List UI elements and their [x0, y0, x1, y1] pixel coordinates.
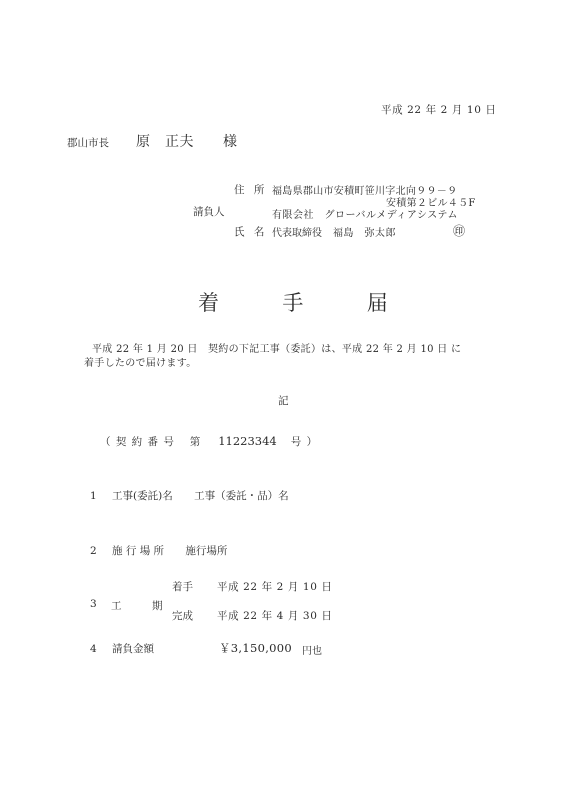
- address-label: 住 所: [234, 182, 267, 197]
- item-number: 1: [90, 490, 97, 502]
- item-number: 2: [90, 545, 97, 557]
- item-number: 3: [90, 598, 97, 610]
- addressee-name: 原 正夫: [136, 131, 194, 151]
- company-name: 有限会社 グローバルメディアシステム: [272, 206, 458, 221]
- body-line-1: 平成 22 年 1 月 20 日 契約の下記工事（委託）は、平成 22 年 2 …: [92, 344, 461, 355]
- item-location: 2 施 行 場 所 施行場所: [90, 543, 227, 558]
- title-char: 手: [282, 287, 303, 317]
- submission-date: 平成 22 年 2 月 10 日: [381, 102, 497, 117]
- contractor-label: 請負人: [193, 204, 225, 219]
- item-value: 施行場所: [185, 545, 227, 557]
- completion-label: 完成: [172, 608, 193, 623]
- ki-heading: 記: [278, 393, 289, 408]
- contract-number-suffix: 号 ）: [291, 436, 317, 448]
- completion-date: 平成 22 年 4 月 30 日: [217, 608, 333, 623]
- addressee-title: 郡山市長: [67, 135, 109, 150]
- body-line-2: 着手したので届けます。: [84, 357, 461, 371]
- document-title: 着 手 届: [198, 287, 388, 317]
- body-paragraph: 平成 22 年 1 月 20 日 契約の下記工事（委託）は、平成 22 年 2 …: [92, 343, 461, 371]
- start-date: 平成 22 年 2 月 10 日: [217, 579, 333, 594]
- addressee-honorific: 様: [223, 131, 237, 151]
- contract-number: （ 契 約 番 号 第11223344号 ）: [100, 434, 317, 449]
- item-work-name: 1 工事(委託)名 工事（委託・品）名: [90, 488, 289, 503]
- item-value: 工事（委託・品）名: [194, 490, 289, 502]
- title-char: 着: [198, 287, 219, 317]
- contract-number-prefix: （ 契 約 番 号 第: [100, 436, 200, 448]
- start-label: 着手: [172, 579, 193, 594]
- item-contract-amount: 4 請負金額: [90, 641, 154, 656]
- item-label: 施 行 場 所: [112, 545, 164, 557]
- item-label-part: 工: [111, 598, 122, 613]
- contract-number-value: 11223344: [218, 434, 277, 448]
- contract-amount-value: ￥3,150,000: [219, 640, 292, 656]
- item-label-part: 期: [152, 598, 163, 613]
- item-label: 工事(委託)名: [112, 490, 173, 502]
- contract-amount-suffix: 円也: [302, 642, 322, 657]
- item-label: 請負金額: [112, 643, 154, 655]
- representative-title: 代表取締役: [272, 224, 322, 239]
- representative-name: 福島 弥太郎: [333, 224, 396, 239]
- seal-stamp-icon: ㊞: [453, 222, 465, 239]
- item-number: 4: [90, 643, 97, 655]
- title-char: 届: [367, 287, 388, 317]
- name-label: 氏 名: [234, 224, 267, 239]
